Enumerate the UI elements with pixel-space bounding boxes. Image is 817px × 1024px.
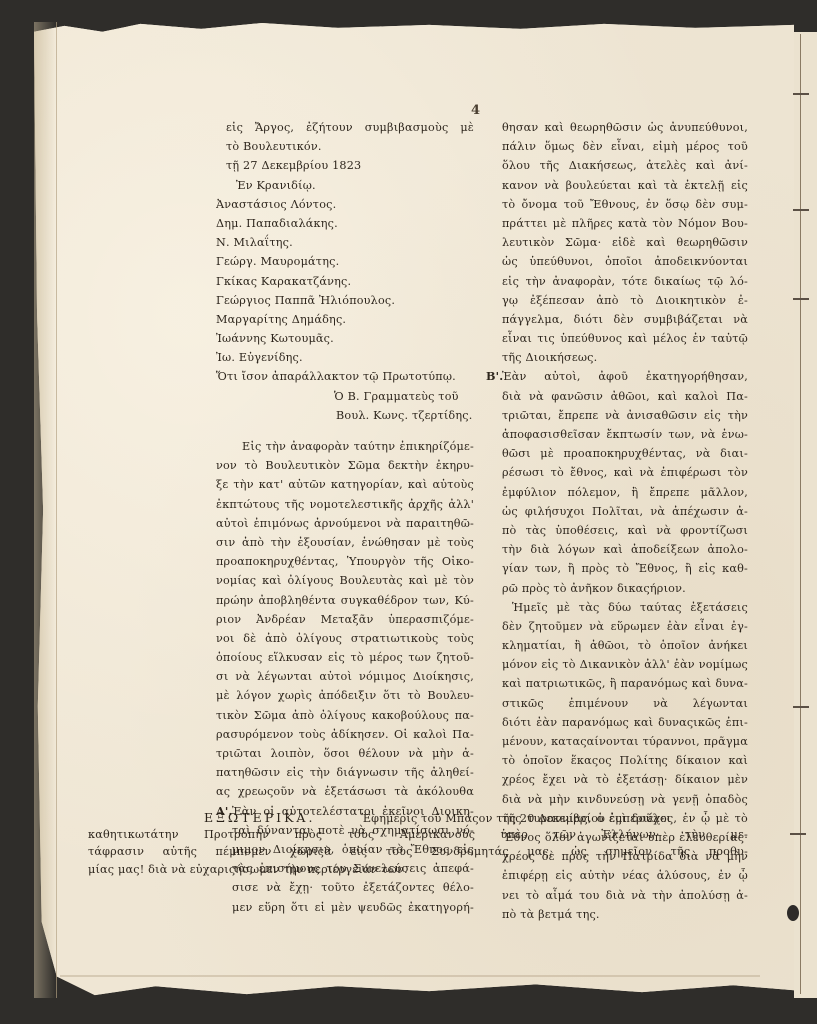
- signatory: Γεώργιος Παππᾶ Ἠλιόπουλος.: [216, 291, 474, 310]
- binding-fold-line: [800, 34, 801, 994]
- text-line: εἰς Ἄργος, ἐζήτουν συμβιβασμοὺς μὲ: [216, 118, 474, 137]
- text-line: πάλιν ὅμως δὲν εἶναι, εἰμὴ μέρος τοῦ: [502, 137, 748, 156]
- signatory: Ἀναστάσιος Λόντος.: [216, 195, 474, 214]
- facing-page-edge: [794, 32, 817, 998]
- right-column: θησαν καὶ θεωρηθῶσιν ὡς ἀνυπεύθυνοι, πάλ…: [486, 118, 748, 924]
- text-line: ἐκπτώτους τῆς νομοτελεστικῆς ἀρχῆς ἀλλ': [216, 495, 474, 514]
- text-line: μὲ λόγον χωρὶς ἀπόδειξιν ὅτι τὸ Βουλευ-: [216, 686, 474, 705]
- text-line: σισε νὰ ἔχῃ· τοῦτο ἐξετάζοντες θέλο-: [232, 878, 474, 897]
- text-line: ξε τὴν κατ' αὐτῶν κατηγορίαν, καὶ αὐτοὺς: [216, 475, 474, 494]
- text-line: θησαν καὶ θεωρηθῶσιν ὡς ἀνυπεύθυνοι,: [502, 118, 748, 137]
- text-line: νομίας καὶ ὀλίγους Βουλευτὰς καὶ μὲ τὸν: [216, 571, 474, 590]
- secretary-title: Ὁ Β. Γραμματεὺς τοῦ: [216, 387, 474, 406]
- text-line: καθητικωτάτην Προτροπὴν πρὸς τοὺς Ἀμερικ…: [88, 826, 748, 843]
- text-line: πὸ τὰς ὑποθέσεις, καὶ νὰ φροντίζωσι: [502, 521, 748, 540]
- text-line: τῆς Διοικήσεως.: [502, 348, 748, 367]
- text-line: χρέος ἔχει νὰ τὸ ἐξετάσῃ· δίκαιον μὲν: [486, 770, 748, 789]
- text-line: αὐτοὶ ἐπιμόνως ἀρνούμενοι νὰ παραιτηθῶ-: [216, 514, 474, 533]
- text-line: διότι ἐὰν παρανόμως καὶ δυναςικῶς ἐπι-: [486, 713, 748, 732]
- text-line: πρώην ἀποβληθέντα συγκαθέδρον των, Κύ-: [216, 591, 474, 610]
- item-b-label: Β'.: [486, 367, 502, 386]
- binding-stitch: [793, 298, 809, 300]
- text-line: ριον Ἀνδρέαν Μεταξᾶν ὑπερασπιζόμε-: [216, 610, 474, 629]
- text-line: τὸ ὁποῖον ἕκαςος Πολίτης δίκαιον καὶ: [486, 751, 748, 770]
- signatory: Ἰωάννης Κωτουμᾶς.: [216, 329, 474, 348]
- binding-stitch: [793, 706, 809, 708]
- text-line: τάφρασιν αὐτῆς πέμπομεν χωριςὰ εἰς τοὺς …: [88, 843, 748, 860]
- left-column: εἰς Ἄργος, ἐζήτουν συμβιβασμοὺς μὲ τὸ Βο…: [216, 118, 474, 917]
- continuation-paragraph: θησαν καὶ θεωρηθῶσιν ὡς ἀνυπεύθυνοι, πάλ…: [486, 118, 748, 367]
- attestation: Ὅτι ἴσον ἀπαράλλακτον τῷ Πρωτοτύπῳ.: [216, 367, 474, 386]
- text-line: θῶσι μὲ προαποκηρυχθέντας, νὰ διαι-: [502, 444, 748, 463]
- dateline-place: Ἐν Κρανιδίῳ.: [216, 176, 474, 195]
- text-line: τὴν διὰ λόγων καὶ ἀποδείξεων ἀπολο-: [502, 540, 748, 559]
- text-line: νον τὸ Βουλευτικὸν Σῶμα δεκτὴν ἐκηρυ-: [216, 456, 474, 475]
- text-line: γίαν των, ἢ πρὸς τὸ Ἔθνος, ἢ εἰς καθ-: [502, 559, 748, 578]
- text-line: μεν εὕρη ὅτι εἰ μὲν ψευδῶς ἐκατηγορή-: [232, 898, 474, 917]
- text-line: σι νὰ λέγωνται αὐτοὶ νόμιμος Διοίκησις,: [216, 667, 474, 686]
- secretary-name: Βουλ. Κωνς. τζερτίδης.: [216, 406, 474, 425]
- signatory: Δημ. Παπαδιαλάκης.: [216, 214, 474, 233]
- text-line: Εἰς τὴν ἀναφορὰν ταύτην ἐπικηρίζόμε-: [216, 437, 474, 456]
- text-line: κληματίαι, ἢ ἀθῶοι, τὸ ὁποῖον ἀνήκει: [486, 636, 748, 655]
- text-line: γῳ ἐξέπεσαν ἀπὸ τὸ Διοικητικὸν ἐ-: [502, 291, 748, 310]
- item-b-first-line: Β'.Ἐὰν αὐτοὶ, ἀφοῦ ἐκατηγορήθησαν,: [502, 367, 748, 386]
- signatory: Γεώργ. Μαυρομάτης.: [216, 252, 474, 271]
- text-line: μένουν, καταςαίνονται τύραννοι, πρᾶγμα: [486, 732, 748, 751]
- text-line: ὁποίους εἵλκυσαν εἰς τὸ μέρος των ζητοῦ-: [216, 648, 474, 667]
- text-line: διὰ νὰ μὴν κινδυνεύσῃ νὰ γενῇ ὀπαδὸς: [486, 790, 748, 809]
- text-line: Ἡμεῖς μὲ τὰς δύω ταύτας ἐξετάσεις: [486, 598, 748, 617]
- text-line: τριῶται λοιπὸν, ὅσοι θέλουν νὰ μὴν ἀ-: [216, 744, 474, 763]
- paragraph-spacer: [216, 425, 474, 437]
- text-line: πάγγελμα, διότι δὲν συμβιβάζεται νὰ: [502, 310, 748, 329]
- text-line: ὅλου τῆς Διακήσεως, ἀτελὲς καὶ ἀνί-: [502, 156, 748, 175]
- ink-blot: [787, 905, 799, 921]
- text-line: νει τὸ αἷμά του διὰ νὰ τὴν ἀπολύσῃ ἀ-: [486, 886, 748, 905]
- binding-stitch: [790, 833, 806, 835]
- text-line: ρασυρόμενον τοὺς ἀδίκησεν. Οἱ καλοὶ Πα-: [216, 725, 474, 744]
- text-line: πατηθῶσιν εἰς τὴν διάγνωσιν τῆς ἀληθεί-: [216, 763, 474, 782]
- text-line: διὰ νὰ φανῶσιν ἀθῶοι, καὶ καλοὶ Πα-: [502, 387, 748, 406]
- signatory: Μαργαρίτης Δημάδης.: [216, 310, 474, 329]
- deckle-edge-bottom: [60, 975, 760, 977]
- dateline-date: τῇ 27 Δεκεμβρίου 1823: [216, 156, 474, 175]
- text-line: μόνον εἰς τὸ Δικανικὸν ἀλλ' ἐὰν νομίμως: [486, 655, 748, 674]
- text-line: εἰς τὴν ἀναφορὰν, τότε δικαίως τῷ λό-: [502, 272, 748, 291]
- deckle-edge-left: [34, 22, 57, 998]
- external-news-section: ΕΞΩΤΕΡΙΚΑ.Ἐφημερὶς τοῦ Μπάςον τῆς 20 Δεκ…: [88, 809, 748, 878]
- text-line: ας χρεωςοῦν νὰ ἐξετάσωσι τὰ ἀκόλουθα: [216, 782, 474, 801]
- text-line: λευτικὸν Σῶμα· εἰδὲ καὶ θεωρηθῶσιν: [502, 233, 748, 252]
- text-line: τὸ Βουλευτικόν.: [216, 137, 474, 156]
- text-line: καὶ πατριωτικῶς, ἢ παρανόμως καὶ δυνα-: [486, 674, 748, 693]
- text-line: Ἐφημερὶς τοῦ Μπάςον τῆς 20 Δεκεμβρίου ἐμ…: [361, 812, 671, 825]
- signatory: Γκίκας Καρακατζάνης.: [216, 272, 474, 291]
- external-news-first-line: ΕΞΩΤΕΡΙΚΑ.Ἐφημερὶς τοῦ Μπάςον τῆς 20 Δεκ…: [88, 809, 748, 826]
- text-line: ἀποφασισθεῖσαν ἔκπτωσίν των, νὰ ἑνω-: [502, 425, 748, 444]
- text-line: στικῶς ἐπιμένουν νὰ λέγωνται Διοίκησις,: [486, 694, 748, 713]
- text-line: ρῶ πρὸς τὸ ἀνῆκον δικαςήριον.: [502, 579, 748, 598]
- signatory: Ν. Μιλαΐτης.: [216, 233, 474, 252]
- text-line: τριῶται, ἔπρεπε νὰ ἀνισαθῶσιν εἰς τὴν: [502, 406, 748, 425]
- body-paragraph: Εἰς τὴν ἀναφορὰν ταύτην ἐπικηρίζόμε- νον…: [216, 437, 474, 802]
- text-line: κανον νὰ βουλεύεται καὶ τὰ ἐκτελῇ εἰς: [502, 176, 748, 195]
- page-number: 4: [471, 103, 480, 118]
- text-line: ρέσωσι τὸ ἔθνος, καὶ νὰ ἐπιφέρωσι τὸν: [502, 463, 748, 482]
- binding-stitch: [793, 93, 809, 95]
- binding-stitch: [793, 209, 809, 211]
- text-line: δὲν ζητοῦμεν νὰ εὕρωμεν ἐὰν εἶναι ἐγ-: [486, 617, 748, 636]
- text-line: σιν ἀπὸ τὴν ἐξουσίαν, ἑνώθησαν μὲ τοὺς: [216, 533, 474, 552]
- signatory: Ἰω. Εὐγενίδης.: [216, 348, 474, 367]
- text-line: Ἐὰν αὐτοὶ, ἀφοῦ ἐκατηγορήθησαν,: [502, 370, 748, 383]
- text-line: νοι δὲ ἀπὸ ὀλίγους στρατιωτικοὺς τοὺς: [216, 629, 474, 648]
- text-line: τὸ ὄνομα τοῦ Ἔθνους, ἐν ὅσῳ δὲν συμ-: [502, 195, 748, 214]
- text-line: προαποκηρυχθέντας, Ὑπουργὸν τῆς Οἰκο-: [216, 552, 474, 571]
- text-line: εἶναι τις ὑπεύθυνος καὶ μέλος ἐν ταὐτῷ: [502, 329, 748, 348]
- section-heading-external: ΕΞΩΤΕΡΙΚΑ.: [88, 809, 315, 826]
- text-line: μίας μας! διὰ νὰ εὐχαριςήσωμεν τὴν περιέ…: [88, 861, 748, 878]
- text-line: ὡς φιλήσυχοι Πολῖται, νὰ ἀπέχωσιν ἀ-: [502, 502, 748, 521]
- item-b: Β'.Ἐὰν αὐτοὶ, ἀφοῦ ἐκατηγορήθησαν, διὰ ν…: [486, 367, 748, 597]
- text-line: ὡς ὑπεύθυνοι, ὁποῖοι ἀποδεικνύονται: [502, 252, 748, 271]
- text-line: τικὸν Σῶμα ἀπὸ ὀλίγους κακοβούλους πα-: [216, 706, 474, 725]
- text-line: πράττει μὲ πλῆρες κατὰ τὸν Νόμον Βου-: [502, 214, 748, 233]
- text-line: ἐμφύλιον πόλεμον, ἢ ἔπρεπε μᾶλλον,: [502, 483, 748, 502]
- text-line: πὸ τὰ βετμά της.: [486, 905, 748, 924]
